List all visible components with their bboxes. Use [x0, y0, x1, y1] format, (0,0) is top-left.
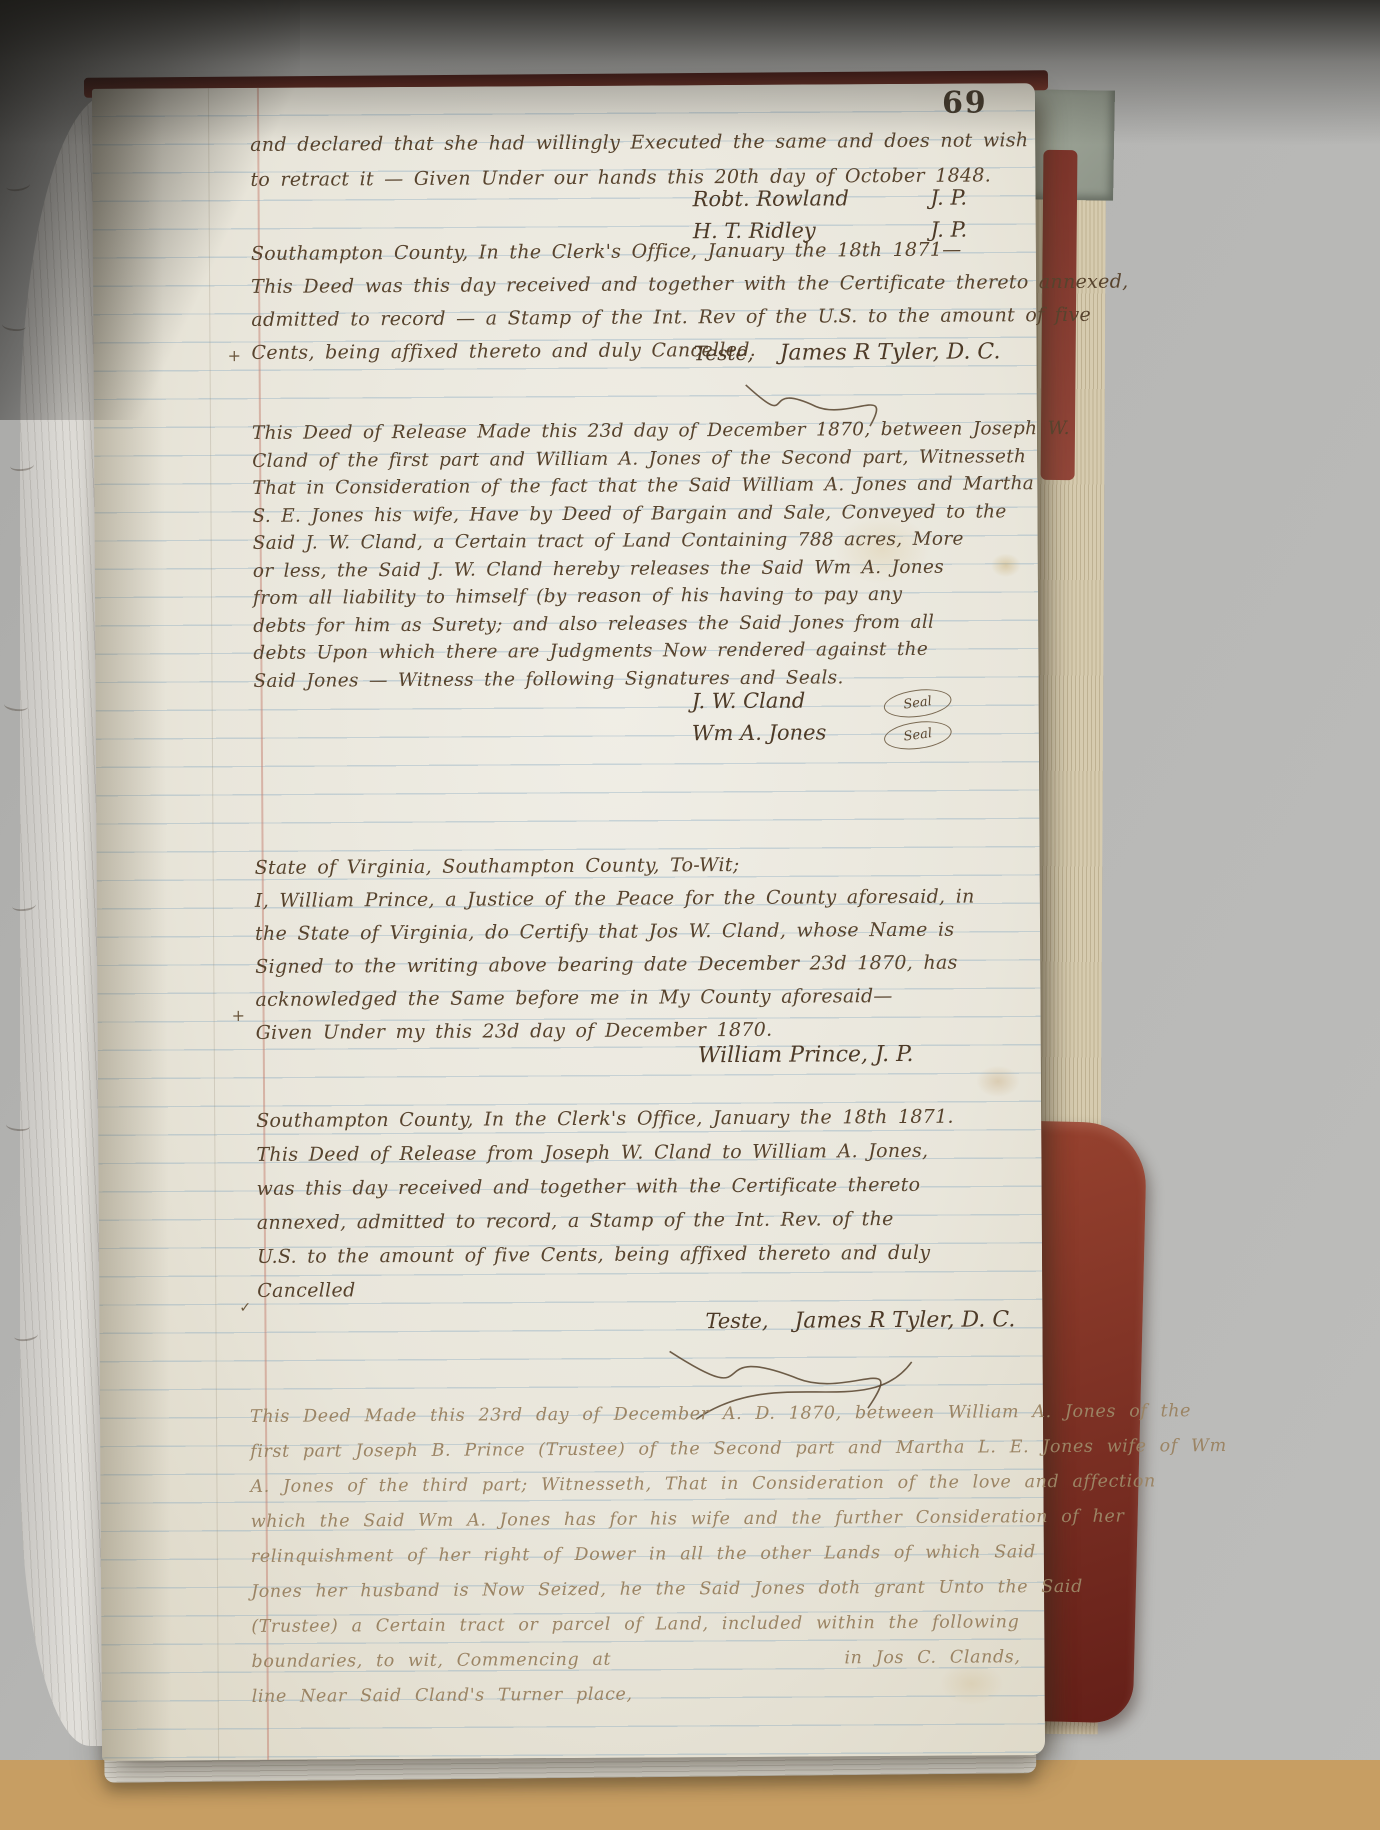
handwritten-line: debts for him as Surety; and also releas… — [253, 608, 942, 640]
ledger-page: 69 + + ✓ and declared that she had willi… — [92, 83, 1045, 1761]
handwritten-line: This Deed of Release from Joseph W. Clan… — [256, 1134, 945, 1172]
clerk-signature: James R Tyler, D. C. — [794, 1307, 1015, 1333]
handwritten-line: admitted to record — a Stamp of the Int.… — [251, 300, 940, 337]
ghost-ink-mark — [5, 178, 30, 192]
handwritten-line: Cland of the first part and William A. J… — [252, 443, 941, 475]
handwritten-line: from all liability to himself (by reason… — [253, 581, 942, 613]
margin-mark-plus: + — [232, 1006, 246, 1025]
page-number: 69 — [942, 85, 988, 120]
handwritten-line: annexed, admitted to record, a Stamp of … — [257, 1202, 946, 1240]
handwritten-line: I, William Prince, a Justice of the Peac… — [255, 881, 944, 918]
handwritten-line: was this day received and together with … — [257, 1168, 946, 1206]
handwritten-line: A. Jones of the third part; Witnesseth, … — [250, 1465, 1019, 1505]
margin-mark-check: ✓ — [239, 1300, 251, 1316]
handwritten-line: Southampton County, In the Clerk's Offic… — [251, 234, 940, 271]
signature-row: J. W. Cland Seal — [692, 688, 877, 721]
handwritten-line: and declared that she had willingly Exec… — [250, 124, 939, 163]
handwritten-line: which the Said Wm A. Jones has for his w… — [251, 1500, 1020, 1540]
handwritten-line: acknowledged the Same before me in My Co… — [255, 980, 944, 1017]
entry-justice-acknowledgment: State of Virginia, Southampton County, T… — [255, 848, 945, 1050]
signature-name: J. W. Cland — [692, 688, 877, 713]
signature-row: Robt. Rowland J. P. — [693, 186, 968, 220]
handwritten-line: the State of Virginia, do Certify that J… — [255, 914, 944, 951]
attestation-word: Teste, — [705, 1309, 768, 1333]
handwritten-line: line Near Said Cland's Turner place, — [252, 1675, 1021, 1715]
entry-deed-of-release: This Deed of Release Made this 23d day o… — [252, 416, 943, 695]
handwritten-line: first part Joseph B. Prince (Trustee) of… — [250, 1430, 1019, 1470]
handwritten-line: (Trustee) a Certain tract or parcel of L… — [251, 1605, 1020, 1645]
handwritten-line: This Deed Made this 23rd day of December… — [250, 1395, 1019, 1435]
handwritten-line: Signed to the writing above bearing date… — [255, 947, 944, 984]
handwritten-line: U.S. to the amount of five Cents, being … — [257, 1236, 946, 1274]
handwritten-line: That in Consideration of the fact that t… — [252, 471, 941, 503]
handwritten-line: boundaries, to wit, Commencing at in Jos… — [251, 1640, 1020, 1680]
entry-deed-to-trustee: This Deed Made this 23rd day of December… — [250, 1395, 1021, 1715]
signature-title: J. P. — [930, 186, 967, 210]
handwritten-line: or less, the Said J. W. Cland hereby rel… — [253, 553, 942, 585]
handwritten-line: Jones her husband is Now Seized, he the … — [251, 1570, 1020, 1610]
signature-name: Robt. Rowland — [693, 186, 878, 211]
attestation-word: Teste, — [693, 341, 753, 365]
handwritten-line: Said J. W. Cland, a Certain tract of Lan… — [253, 526, 942, 558]
fold-line — [208, 88, 219, 1760]
clerk-signature: James R Tyler, D. C. — [780, 339, 1001, 365]
signature-name: Wm A. Jones — [692, 720, 877, 745]
attestation-row: Teste,James R Tyler, D. C. — [705, 1307, 1015, 1334]
handwritten-line: S. E. Jones his wife, Have by Deed of Ba… — [252, 498, 941, 530]
handwritten-line: This Deed was this day received and toge… — [251, 267, 940, 304]
ghost-ink-mark — [1, 319, 26, 332]
signature-william-prince: William Prince, J. P. — [698, 1042, 914, 1075]
paper-stain — [991, 553, 1021, 577]
signature-row: William Prince, J. P. — [698, 1042, 914, 1075]
attestation-row: Teste,James R Tyler, D. C. — [693, 339, 1000, 366]
line-right-fragment: in Jos C. Clands, — [844, 1640, 1020, 1676]
handwritten-line: relinquishment of her right of Dower in … — [251, 1535, 1020, 1575]
handwritten-line: debts Upon which there are Judgments Now… — [253, 636, 942, 668]
margin-mark-plus: + — [227, 346, 241, 365]
handwritten-line: Cancelled — [257, 1270, 946, 1308]
signature-row: Wm A. Jones Seal — [692, 720, 877, 753]
handwritten-line: Southampton County, In the Clerk's Offic… — [256, 1100, 945, 1138]
signature-name: William Prince, J. P. — [698, 1042, 914, 1068]
line-left-fragment: boundaries, to wit, Commencing at — [251, 1643, 611, 1680]
seal-oval: Seal — [882, 718, 953, 753]
paper-stain — [976, 1065, 1020, 1097]
handwritten-line: State of Virginia, Southampton County, T… — [255, 848, 944, 885]
entry-clerk-recordation-2: Southampton County, In the Clerk's Offic… — [256, 1100, 946, 1308]
handwritten-line: This Deed of Release Made this 23d day o… — [252, 416, 941, 448]
ledger-photograph: 69 + + ✓ and declared that she had willi… — [0, 0, 1380, 1830]
signatures-deed-of-release: J. W. Cland Seal Wm A. Jones Seal — [692, 688, 877, 753]
